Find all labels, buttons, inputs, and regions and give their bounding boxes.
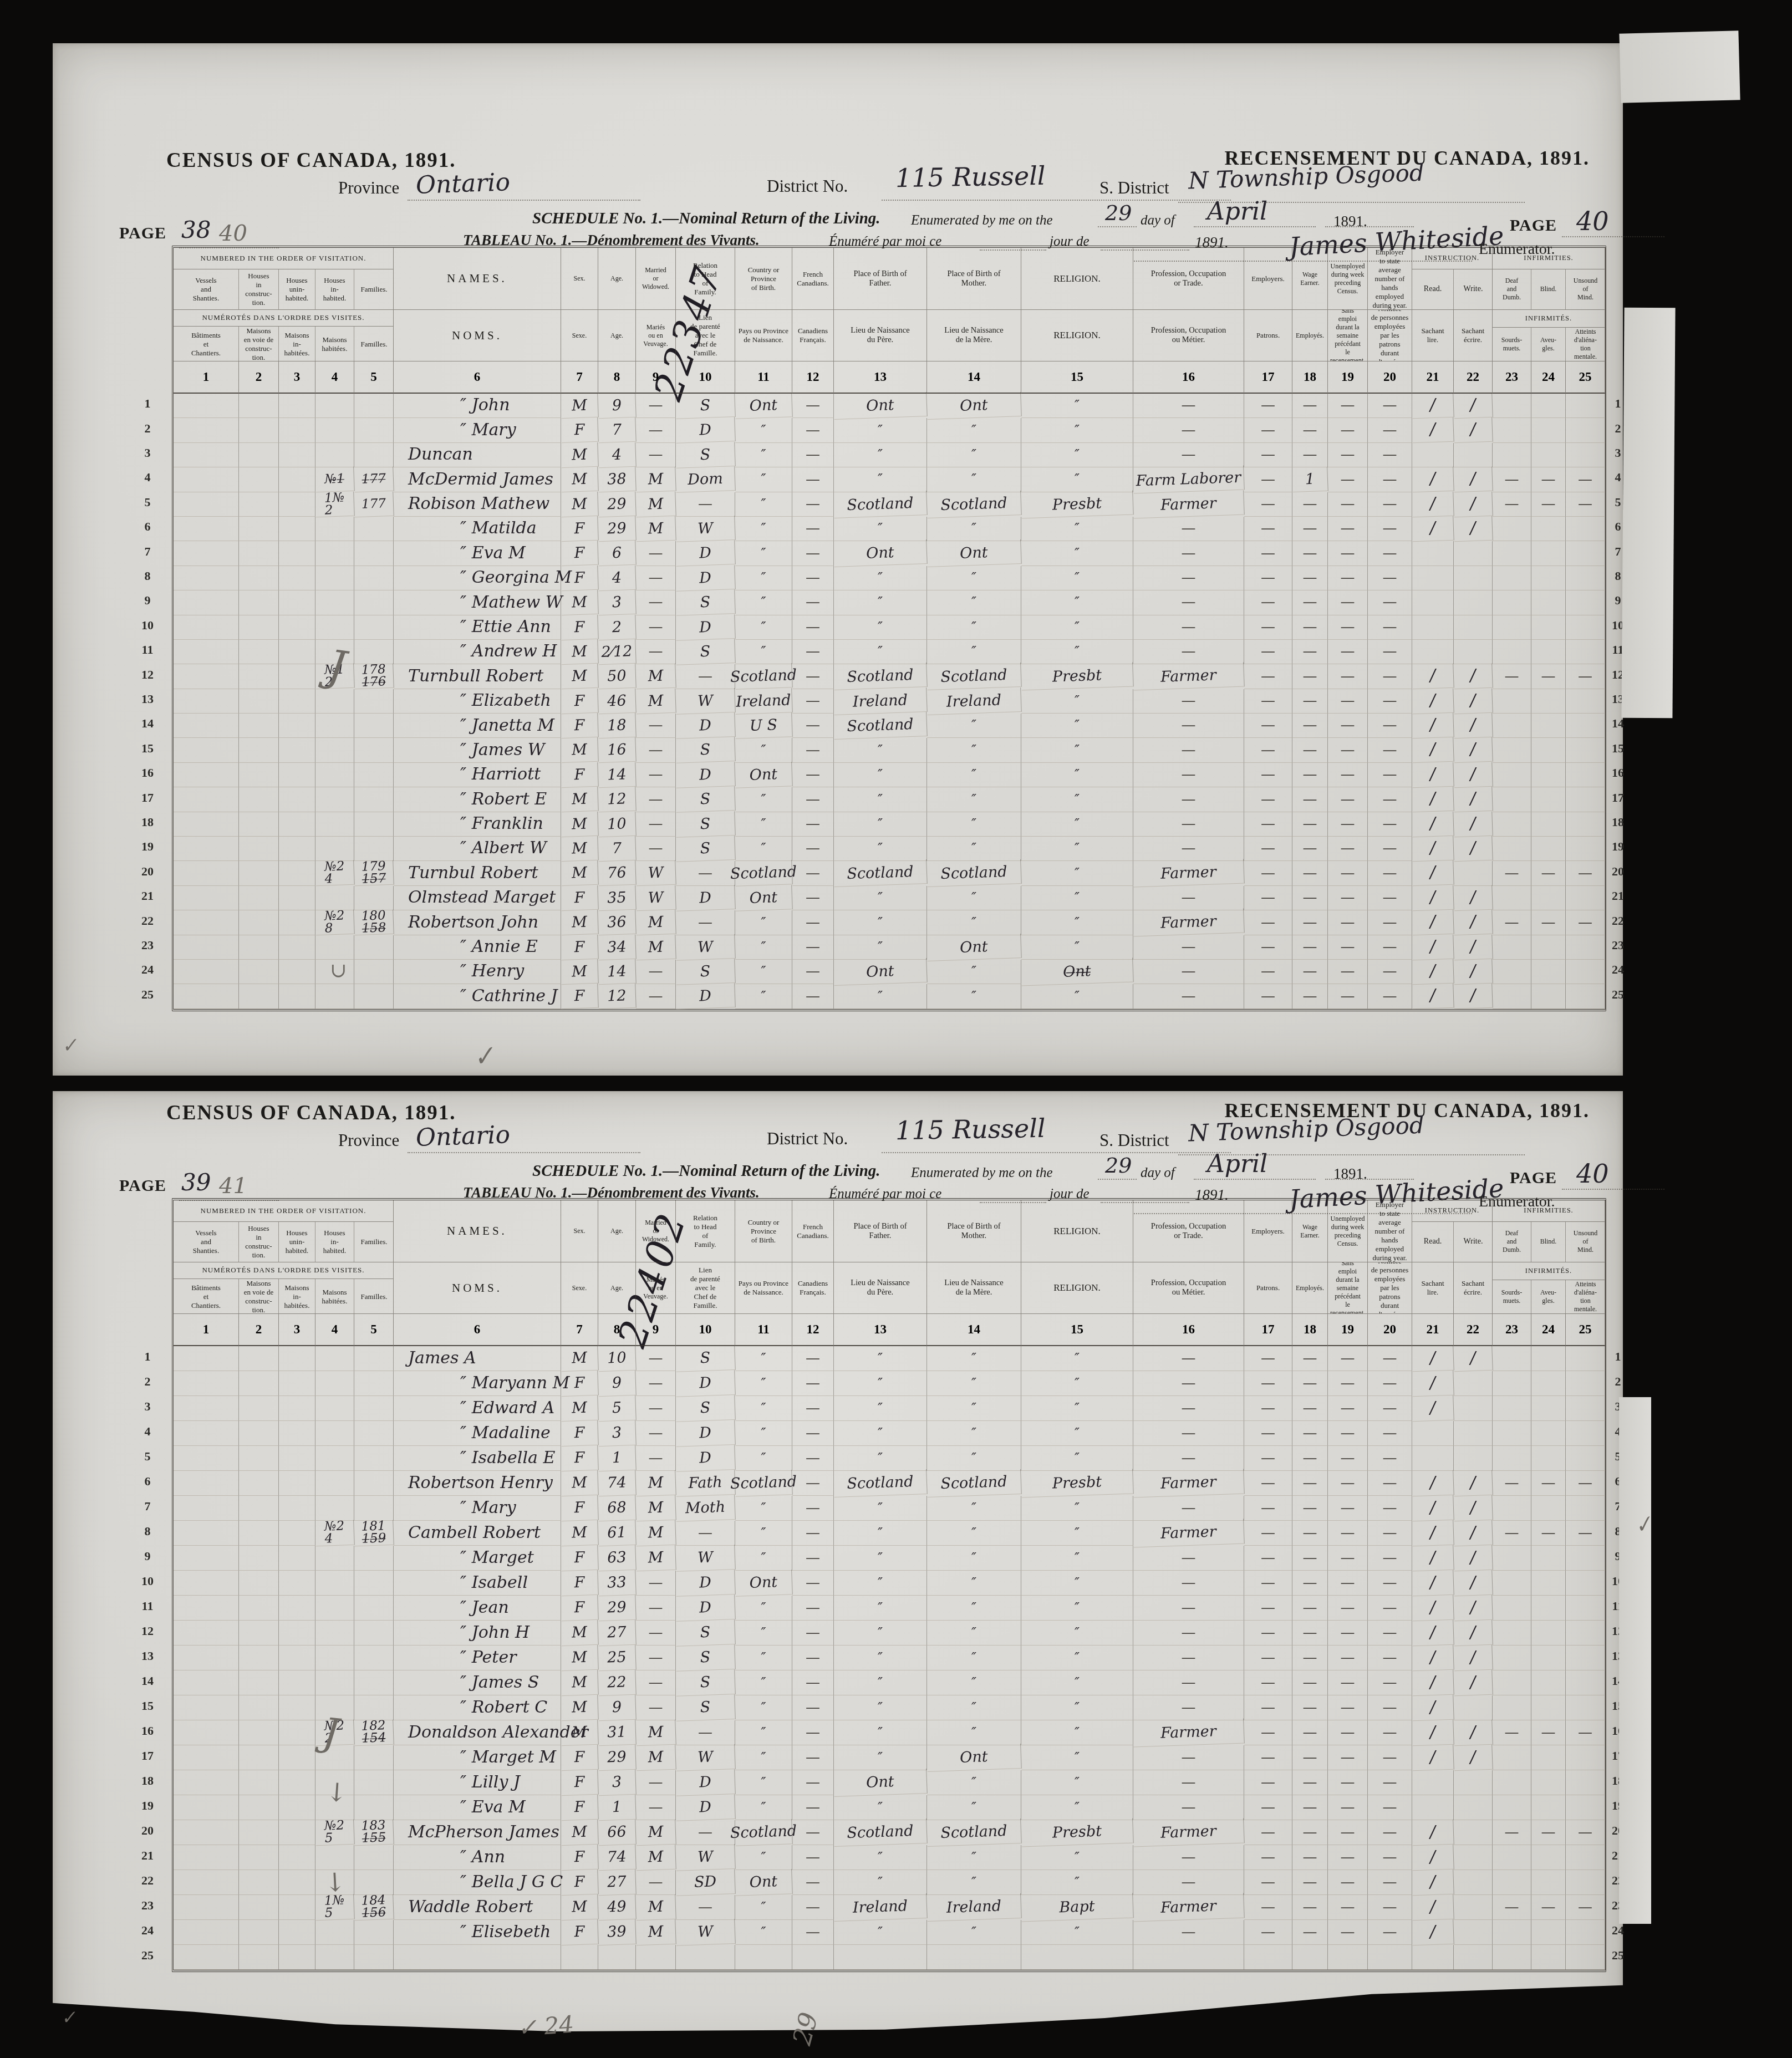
cell-r19-c5 [354,837,394,861]
cell-r5-c3 [279,492,315,517]
cell-r1-c12: — [792,1346,834,1371]
cell-r13-c24 [1531,689,1566,714]
cell-r24-c9: M [635,1919,676,1945]
header-col-17: Patrons. [1244,1262,1292,1314]
cell-r15-c23 [1493,738,1531,762]
cell-r24-c20: — [1368,960,1412,984]
cell-r13-c23 [1493,1646,1531,1670]
cell-r2-c1 [174,418,239,442]
cell-r11-c15: ″ [1021,640,1133,664]
cell-r20-c3 [279,861,315,885]
header-number-21: 21 [1412,1314,1454,1346]
cell-r19-c15: ″ [1021,1795,1133,1820]
cell-r21-c19: — [1328,1845,1368,1870]
cell-r14-c14: ″ [927,1670,1021,1695]
header-col-8: Age. [598,248,636,310]
cell-r4-c21: ∕ [1412,467,1454,493]
cell-r15-c21: ∕ [1412,737,1454,763]
cell-r1-c8: 10 [598,1346,637,1372]
cell-r19-c2 [239,1795,279,1820]
cell-r21-c3 [279,1845,315,1870]
cell-r8-c1 [174,566,239,590]
cell-r6-c2 [239,517,279,541]
cell-r18-c9: — [636,1770,676,1795]
cell-r23-c11: ″ [735,935,792,960]
cell-r24-c4 [315,1920,354,1945]
cell-r24-c14: ″ [927,1920,1021,1945]
header-sublabel: Familles. [354,1279,394,1314]
cell-r9-c15: ″ [1021,1546,1133,1571]
cell-r10-c14: ″ [927,615,1021,640]
cell-r25-c21 [1412,1945,1454,1970]
cell-r10-c21: ∕ [1412,1570,1454,1597]
cell-r3-c12: — [792,443,834,467]
cell-r12-c18: — [1292,1621,1328,1646]
cell-r1-c23 [1493,1346,1531,1371]
cell-r23-c25 [1566,935,1605,960]
header-col-9: Married or Widowed. [636,248,676,310]
cell-r13-c3 [279,689,315,714]
cell-r13-c1 [174,689,239,714]
header-number-13: 13 [834,1314,927,1346]
cell-r12-c15: Presbt [1021,663,1133,691]
cell-r14-c25 [1566,714,1605,738]
cell-r22-c9: M [635,910,676,936]
header-sublabel: Maisons in- habitées. [279,1279,315,1314]
cell-r25-c13: ″ [834,984,927,1008]
cell-r22-c15: ″ [1021,1870,1133,1895]
cell-r3-c3 [279,443,315,467]
cell-r3-c16: — [1133,1396,1244,1421]
cell-r18-c1 [174,812,239,837]
cell-r14-c20: — [1368,714,1412,738]
cell-r5-c2 [239,492,279,517]
cell-r21-c17: — [1244,1845,1292,1870]
cell-r4-c15: ″ [1021,467,1133,492]
cell-r22-c8: 27 [598,1869,637,1896]
cell-r9-c5 [354,590,394,615]
cell-r23-c3 [279,1895,315,1920]
cell-r20-c10: — [676,861,735,885]
cell-r6-c20: — [1368,517,1412,541]
cell-r1-c23 [1493,394,1531,418]
cell-r14-c22: ∕ [1453,1670,1493,1696]
cell-r12-c13: Scotland [833,663,927,690]
cell-r3-c24 [1531,1396,1566,1421]
cell-r15-c14: ″ [927,1695,1021,1720]
cell-r10-c24 [1531,1571,1566,1596]
cell-r1-c9: — [636,394,676,418]
header-group-title: INFIRMITÉS. [1493,310,1605,328]
cell-r1-c16: — [1133,1346,1244,1371]
header-group: INSTRUCTION.Read.Write. [1412,1200,1493,1262]
cell-r5-c20: — [1368,492,1412,517]
cell-r25-c11: ″ [735,984,792,1008]
cell-r16-c18: — [1292,763,1328,787]
cell-r15-c13: ″ [834,738,927,762]
cell-r9-c16: — [1133,1546,1244,1571]
cell-r19-c16: — [1133,837,1244,861]
cell-r13-c9: — [636,1646,676,1670]
cell-r6-c12: — [792,1471,834,1496]
header-number-24: 24 [1531,1314,1566,1346]
cell-r14-c18: — [1292,714,1328,738]
cell-r20-c18: — [1292,1820,1328,1845]
cell-r9-c25 [1566,590,1605,615]
cell-r18-c11: ″ [735,1770,792,1795]
cell-r22-c20: — [1368,910,1412,935]
cell-r21-c6: Olmstead Marget [394,886,561,910]
cell-r13-c21: ∕ [1412,1645,1454,1672]
cell-r25-c9 [636,1945,676,1970]
cell-r22-c24 [1531,1870,1566,1895]
header-col-16: Profession, Occupation ou Métier. [1133,310,1244,361]
cell-r2-c5 [354,418,394,442]
cell-r16-c24 [1531,763,1566,787]
torn-paper-sliver [1619,30,1740,103]
cell-r14-c15: ″ [1021,1670,1133,1695]
cell-r17-c4 [315,787,354,812]
cell-r20-c25: — [1566,1820,1605,1845]
cell-r20-c2 [239,1820,279,1845]
header-number-18: 18 [1292,1314,1328,1346]
header-col-16: Profession, Occupation or Trade. [1133,1200,1244,1262]
cell-r2-c15: ″ [1021,1371,1133,1396]
cell-r10-c13: ″ [834,615,927,640]
cell-r2-c5 [354,1371,394,1396]
cell-r2-c11: ″ [735,418,792,442]
cell-r19-c1 [174,1795,239,1820]
cell-r22-c19: — [1328,1870,1368,1895]
cell-r13-c14: Ireland [926,687,1021,715]
cell-r15-c5 [354,738,394,762]
cell-r2-c19: — [1328,1371,1368,1396]
cell-r14-c2 [239,1670,279,1695]
header-number-20: 20 [1368,361,1412,394]
cell-r25-c17 [1244,1945,1292,1970]
cell-r4-c7: F [561,1420,599,1446]
cell-r10-c23 [1493,1571,1531,1596]
cell-r11-c1 [174,640,239,664]
cell-r1-c12: — [792,394,834,418]
cell-r18-c3 [279,812,315,837]
cell-r2-c12: — [792,418,834,442]
cell-r6-c13: ″ [834,517,927,541]
cell-r10-c20: — [1368,1571,1412,1596]
cell-r3-c8: 5 [598,1395,637,1422]
cell-r17-c18: — [1292,787,1328,812]
cell-r13-c22: ∕ [1453,688,1493,714]
cell-r17-c15: ″ [1021,787,1133,812]
cell-r7-c6: ″ Eva M [394,541,561,566]
cell-r7-c16: — [1133,1496,1244,1521]
header-col-11: Pays ou Province de Naissance. [735,310,792,361]
cell-r6-c21: ∕ [1412,1470,1454,1497]
cell-r25-c23 [1493,984,1531,1008]
header-group-title: NUMBERED IN THE ORDER OF VISITATION. [174,1200,393,1222]
cell-r9-c17: — [1244,590,1292,615]
row-number-6: 6 [135,1474,160,1489]
cell-r25-c9: — [636,984,676,1008]
cell-r1-c5 [354,1346,394,1371]
header-number-9: 9 [636,361,676,394]
cell-r11-c20: — [1368,1596,1412,1621]
cell-r13-c12: — [792,1646,834,1670]
cell-r16-c12: — [792,763,834,787]
cell-r1-c3 [279,1346,315,1371]
cell-r23-c23 [1493,935,1531,960]
cell-r21-c8: 35 [598,885,637,911]
cell-r17-c5 [354,787,394,812]
cell-r9-c18: — [1292,590,1328,615]
cell-r25-c4 [315,984,354,1008]
cell-r20-c13: Scotland [833,860,927,888]
cell-r20-c19: — [1328,1820,1368,1845]
cell-r5-c17: — [1244,492,1292,517]
cell-r20-c15: Presbt [1021,1818,1133,1847]
cell-r14-c9: — [636,1670,676,1695]
header-group-title: INSTRUCTION. [1412,1200,1492,1222]
cell-r3-c4 [315,1396,354,1421]
cell-r15-c20: — [1368,1695,1412,1720]
cell-r16-c20: — [1368,1720,1412,1745]
cell-r23-c6: Waddle Robert [394,1895,561,1920]
cell-r3-c15: ″ [1021,443,1133,467]
cell-r21-c14: ″ [927,1845,1021,1870]
header-sublabel: Aveu- gles. [1531,328,1566,361]
header-sublabel: Houses in- habited. [315,269,354,309]
cell-r24-c14: ″ [927,960,1021,984]
cell-r16-c22: ∕ [1453,1720,1493,1746]
cell-r24-c19: — [1328,1920,1368,1945]
cell-r25-c22 [1454,1945,1493,1970]
cell-r3-c13: ″ [834,443,927,467]
cell-r18-c17: — [1244,812,1292,837]
cell-r2-c4 [315,1371,354,1396]
cell-r10-c4 [315,1571,354,1596]
cell-r12-c5: 178 1̶7̶6̶ [354,664,394,690]
header-col-8: Age. [598,1262,636,1314]
cell-r10-c25 [1566,615,1605,640]
cell-r24-c8: 14 [598,959,637,985]
cell-r3-c23 [1493,443,1531,467]
cell-r22-c18: — [1292,1870,1328,1895]
cell-r15-c12: — [792,738,834,762]
row-number-7: 7 [135,1499,160,1514]
cell-r14-c13: ″ [834,1670,927,1695]
cell-r22-c23 [1493,1870,1531,1895]
cell-r18-c13: Ont [833,1769,927,1797]
pencil-annotation: ✓ [470,1040,497,1073]
cell-r4-c12: — [792,1421,834,1446]
cell-r18-c23 [1493,1770,1531,1795]
cell-r13-c2 [239,689,279,714]
row-number-17: 17 [135,791,160,805]
cell-r24-c9: — [636,960,676,984]
cell-r7-c7: F [561,1495,599,1521]
row-number-9: 9 [135,593,160,608]
cell-r11-c1 [174,1596,239,1621]
cell-r9-c6: ″ Marget [394,1546,561,1571]
row-number-19: 19 [1605,839,1631,854]
header-col-10: Lien de parenté avec le Chef de Famille. [676,1262,735,1314]
cell-r3-c10: S [675,442,735,468]
cell-r23-c19: — [1328,1895,1368,1920]
cell-r4-c10: D [675,1420,736,1447]
cell-r4-c20: — [1368,1421,1412,1446]
cell-r17-c11: ″ [735,1745,792,1770]
cell-r3-c24 [1531,443,1566,467]
cell-r25-c25 [1566,984,1605,1008]
cell-r2-c18: — [1292,1371,1328,1396]
cell-r14-c12: — [792,714,834,738]
cell-r25-c10 [676,1945,735,1970]
cell-r21-c23 [1493,886,1531,910]
cell-r2-c11: ″ [735,1371,792,1396]
cell-r2-c19: — [1328,418,1368,442]
cell-r17-c10: S [675,786,735,813]
cell-r13-c23 [1493,689,1531,714]
cell-r4-c16: Farm Laborer [1133,466,1244,494]
header-col-17: Employers. [1244,248,1292,310]
cell-r6-c17: — [1244,517,1292,541]
cell-r24-c2 [239,1920,279,1945]
cell-r11-c21: ∕ [1412,1595,1454,1622]
cell-r25-c8 [598,1945,636,1970]
cell-r25-c1 [174,1945,239,1970]
cell-r1-c17: — [1244,394,1292,418]
cell-r5-c7: M [561,491,599,517]
cell-r11-c7: M [561,639,599,665]
cell-r15-c25 [1566,738,1605,762]
cell-r2-c25 [1566,418,1605,442]
cell-r25-c6: ″ Cathrine J [394,984,561,1008]
cell-r12-c14: ″ [927,1621,1021,1646]
day-underline [1098,1179,1137,1180]
cell-r8-c7: M [561,1520,599,1546]
cell-r10-c9: — [636,1571,676,1596]
row-number-25: 25 [1605,987,1631,1002]
cell-r4-c2 [239,1421,279,1446]
cell-r16-c2 [239,763,279,787]
cell-r1-c11: ″ [735,1346,792,1371]
district-label: District No. [767,176,848,196]
row-number-19: 19 [135,1799,160,1813]
cell-r17-c5 [354,1745,394,1770]
header-col-12: Canadiens Français. [792,1262,834,1314]
cell-r23-c16: — [1133,935,1244,960]
cell-r24-c5 [354,960,394,984]
header-sublabel: Families. [354,1222,394,1262]
cell-r14-c5 [354,714,394,738]
cell-r12-c1 [174,664,239,689]
cell-r6-c10: Fath [675,1470,736,1497]
cell-r10-c5 [354,615,394,640]
header-number-7: 7 [561,1314,598,1346]
cell-r7-c14: Ont [926,539,1021,567]
header-col-7: Sex. [561,1200,598,1262]
row-number-13: 13 [135,692,160,706]
census-page-2: CENSUS OF CANADA, 1891. RECENSEMENT DU C… [53,1091,1623,2058]
header-number-12: 12 [792,1314,834,1346]
header-sublabel: Houses unin- habited. [279,1222,315,1262]
cell-r15-c6: ″ Robert C [394,1695,561,1720]
cell-r8-c4: №2 4 [315,1520,355,1546]
cell-r20-c12: — [792,1820,834,1845]
header-col-12: French Canadians. [792,1200,834,1262]
cell-r13-c10: S [675,1644,736,1672]
cell-r23-c20: — [1368,1895,1412,1920]
cell-r22-c11: Ont [735,1869,793,1896]
cell-r20-c4: №2 4 [315,860,355,887]
cell-r22-c4: №2 8 [315,910,355,936]
header-col-19: Sans emploi durant la semaine précédant … [1328,1262,1368,1314]
cell-r18-c10: D [675,1769,736,1796]
cell-r8-c18: — [1292,566,1328,590]
cell-r24-c5 [354,1920,394,1945]
header-number-17: 17 [1244,1314,1292,1346]
header-sublabel: Maisons en voie de construc- tion. [239,1279,279,1314]
cell-r23-c21: ∕ [1412,934,1454,960]
cell-r6-c6: Robertson Henry [394,1471,561,1496]
cell-r23-c2 [239,1895,279,1920]
cell-r20-c6: Turnbul Robert [394,861,561,885]
cell-r20-c23: — [1493,1820,1531,1845]
cell-r22-c12: — [792,1870,834,1895]
cell-r12-c25 [1566,1621,1605,1646]
cell-r16-c10: D [675,762,735,788]
row-number-23: 23 [135,938,160,952]
row-number-11: 11 [135,643,160,657]
cell-r24-c6: ″ Elisebeth [394,1920,561,1945]
cell-r13-c19: — [1328,689,1368,714]
row-number-24: 24 [1605,962,1631,977]
cell-r1-c1 [174,394,239,418]
cell-r3-c2 [239,443,279,467]
cell-r19-c20: — [1368,837,1412,861]
cell-r1-c25 [1566,1346,1605,1371]
cell-r7-c14: ″ [927,1496,1021,1521]
cell-r24-c2 [239,960,279,984]
cell-r4-c19: — [1328,1421,1368,1446]
cell-r25-c21: ∕ [1412,984,1454,1010]
cell-r5-c23 [1493,1446,1531,1471]
cell-r15-c7: M [561,1695,599,1721]
cell-r10-c8: 2 [598,614,637,640]
cell-r2-c23 [1493,1371,1531,1396]
cell-r22-c9: — [636,1870,676,1895]
cell-r11-c11: ″ [735,640,792,664]
cell-r20-c6: McPherson James [394,1820,561,1845]
cell-r9-c13: ″ [834,590,927,615]
cell-r6-c16: Farmer [1133,1469,1244,1498]
row-number-4: 4 [135,1424,160,1439]
cell-r1-c7: M [561,1346,599,1372]
cell-r17-c2 [239,787,279,812]
cell-r9-c8: 3 [598,590,637,616]
cell-r8-c11: ″ [735,566,792,590]
cell-r12-c3 [279,1621,315,1646]
cell-r6-c5 [354,517,394,541]
cell-r10-c19: — [1328,615,1368,640]
row-number-18: 18 [135,1774,160,1788]
cell-r14-c24 [1531,714,1566,738]
cell-r21-c16: — [1133,1845,1244,1870]
header-number-24: 24 [1531,361,1566,394]
cell-r19-c22: ∕ [1453,836,1493,862]
cell-r11-c24 [1531,1596,1566,1621]
cell-r19-c22 [1454,1795,1493,1820]
